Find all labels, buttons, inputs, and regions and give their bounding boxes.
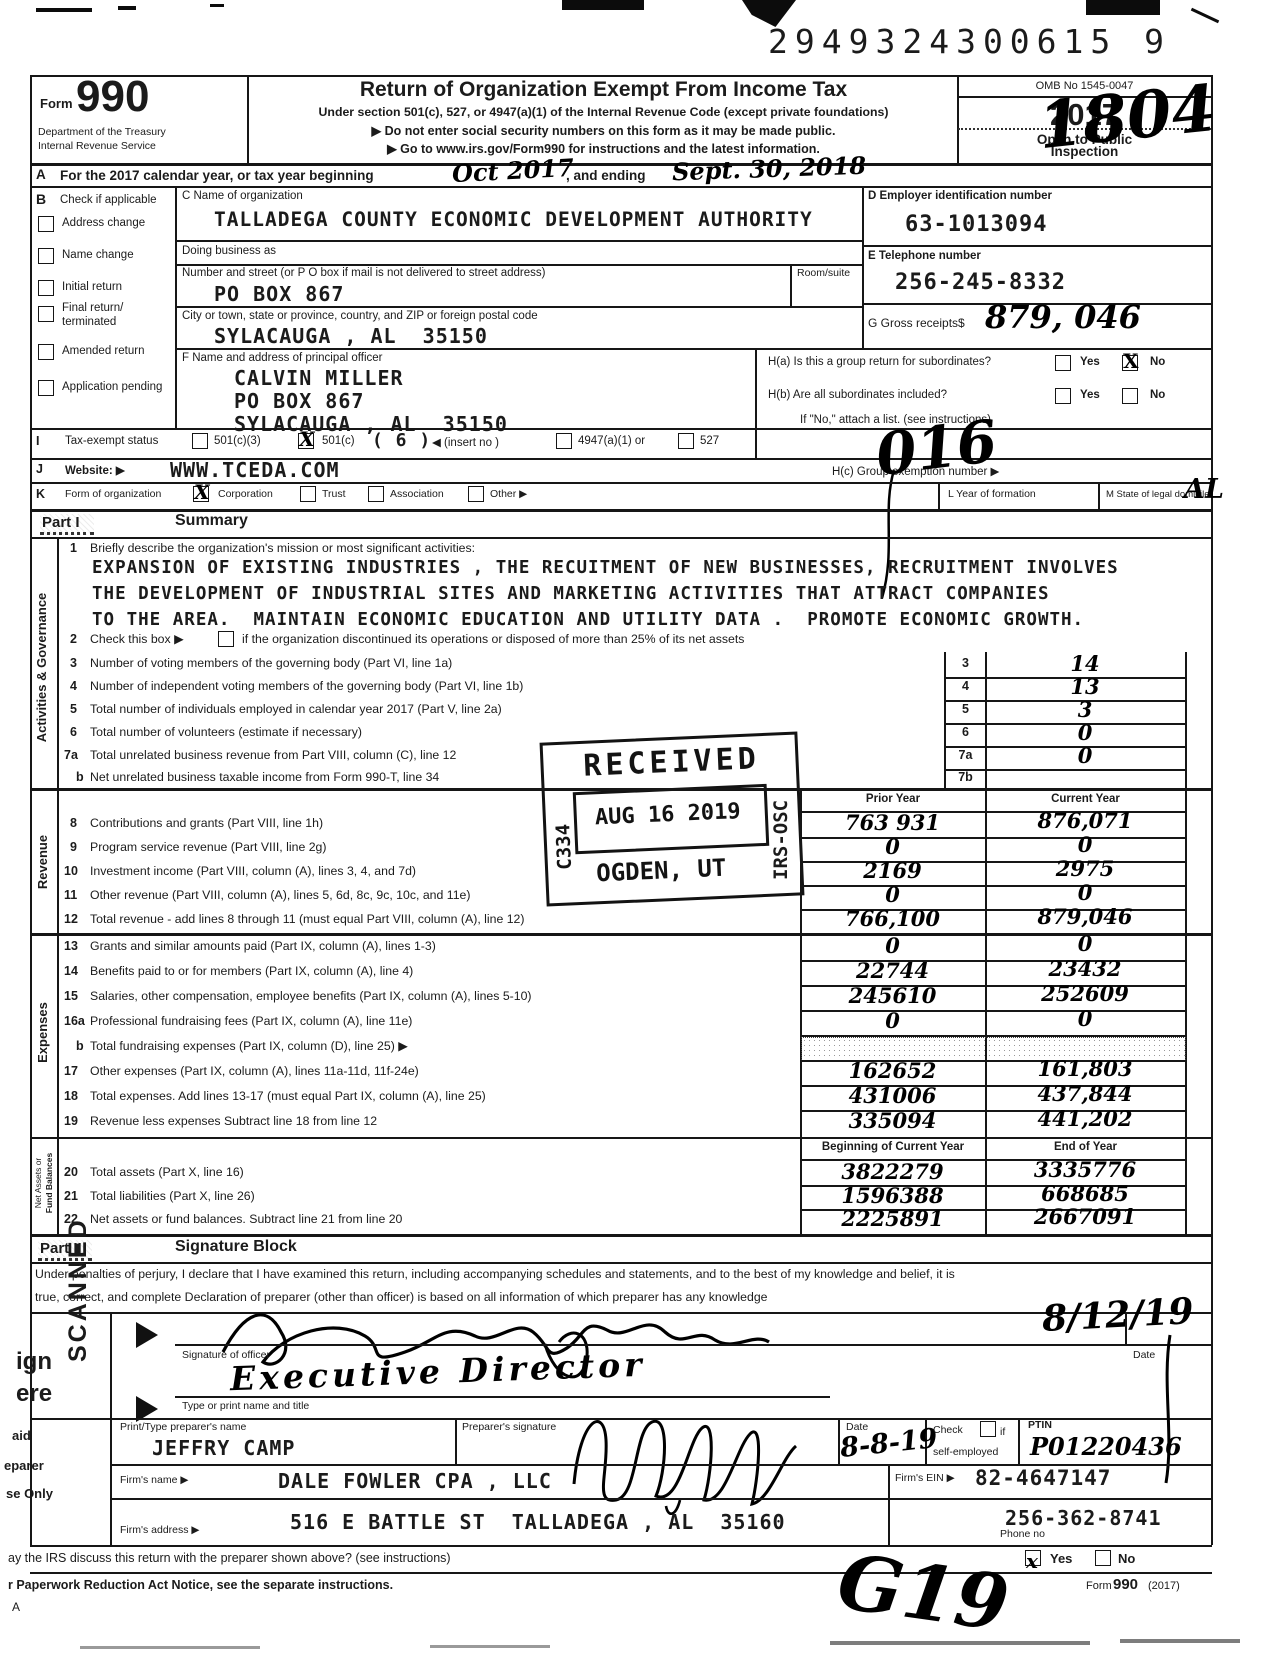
divider: [1098, 482, 1100, 509]
scan-artifact: [80, 1646, 260, 1649]
tax-year-end-entry: Sept. 30, 2018: [672, 151, 867, 187]
line11-prior: 0: [800, 882, 985, 907]
line17-current: 161,803: [986, 1056, 1184, 1081]
phone-no-label: Phone no: [1000, 1528, 1045, 1540]
form-title: Return of Organization Exempt From Incom…: [250, 78, 957, 102]
line3-value: 14: [986, 651, 1184, 676]
firm-ein-value: 82-4647147: [975, 1466, 1111, 1490]
divider: [30, 163, 1212, 166]
sign-here-label-1: ign: [16, 1348, 52, 1376]
line11-label: Other revenue (Part VIII, column (A), li…: [90, 888, 470, 902]
line9-number: 9: [70, 840, 77, 854]
divider: [1211, 75, 1213, 1545]
divider: [110, 1498, 1212, 1500]
line7b-cell: 7b: [946, 770, 985, 784]
line5-number: 5: [70, 702, 77, 716]
scan-artifact: [562, 0, 644, 10]
part1-label: Part I: [40, 514, 94, 535]
firm-address-label: Firm's address ▶: [120, 1524, 200, 1536]
firm-name-value: DALE FOWLER CPA , LLC: [278, 1469, 552, 1493]
org-name-label: C Name of organization: [182, 190, 303, 202]
phone-label: E Telephone number: [868, 250, 981, 262]
box-b-letter: B: [36, 191, 46, 207]
line1-label: Briefly describe the organization's miss…: [90, 541, 475, 555]
self-employed-checkbox[interactable]: [980, 1421, 996, 1437]
end-of-year-header: End of Year: [987, 1141, 1184, 1153]
address-change-label: Address change: [62, 217, 145, 229]
4947-checkbox[interactable]: [556, 433, 572, 449]
association-label: Association: [390, 488, 444, 500]
line2-post: if the organization discontinued its ope…: [242, 632, 744, 646]
initial-return-checkbox[interactable]: [38, 280, 54, 296]
line20-begin: 3822279: [800, 1159, 985, 1184]
line2-number: 2: [70, 632, 77, 646]
line11-number: 11: [64, 888, 77, 902]
prior-year-header: Prior Year: [801, 793, 985, 805]
line15-number: 15: [64, 989, 78, 1003]
line-a-text: For the 2017 calendar year, or tax year …: [60, 168, 374, 183]
line16a-number: 16a: [64, 1014, 85, 1028]
firm-phone-value: 256-362-8741: [1005, 1506, 1162, 1530]
divider: [175, 348, 1212, 350]
street-value: PO BOX 867: [214, 282, 344, 306]
firm-address-value: 516 E BATTLE ST TALLADEGA , AL 35160: [290, 1510, 786, 1534]
trust-checkbox[interactable]: [300, 486, 316, 502]
line18-label: Total expenses. Add lines 13-17 (must eq…: [90, 1089, 486, 1103]
firm-ein-label: Firm's EIN ▶: [895, 1472, 955, 1484]
discuss-yes-checkbox[interactable]: x: [1025, 1550, 1041, 1566]
line20-label: Total assets (Part X, line 16): [90, 1165, 244, 1179]
name-change-label: Name change: [62, 249, 134, 261]
divider: [30, 186, 1212, 188]
line16b-label: Total fundraising expenses (Part IX, col…: [90, 1039, 408, 1053]
501c3-label: 501(c)(3): [214, 435, 261, 447]
preparer-signature: [560, 1388, 810, 1523]
line4-cell: 4: [946, 679, 985, 693]
divider: [888, 1464, 890, 1545]
insert-no-note: ◀ (insert no ): [432, 435, 499, 449]
scanned-stamp: SCANNED: [64, 1202, 93, 1362]
line15-current: 252609: [986, 981, 1184, 1006]
pen-stroke: [872, 470, 902, 600]
line-k-letter: K: [36, 487, 45, 501]
ha-yes-checkbox[interactable]: [1055, 355, 1071, 371]
line8-number: 8: [70, 816, 77, 830]
line18-current: 437,844: [986, 1081, 1184, 1106]
ha-no-checkbox[interactable]: X: [1122, 355, 1138, 371]
part1-title: Summary: [175, 512, 248, 530]
hb-yes-checkbox[interactable]: [1055, 388, 1071, 404]
sidebar-revenue: Revenue: [35, 796, 50, 928]
line3-number: 3: [70, 656, 77, 670]
line14-number: 14: [64, 964, 78, 978]
line14-current: 23432: [986, 956, 1184, 981]
discuss-question: ay the IRS discuss this return with the …: [8, 1551, 451, 1565]
room-suite-label: Room/suite: [797, 267, 850, 279]
self-employed-label: self-employed: [933, 1446, 998, 1458]
527-checkbox[interactable]: [678, 433, 694, 449]
discontinued-checkbox[interactable]: [218, 631, 234, 647]
line20-number: 20: [64, 1165, 78, 1179]
line21-number: 21: [64, 1189, 78, 1203]
line7b-label: Net unrelated business taxable income fr…: [90, 770, 439, 784]
divider: [1018, 1418, 1020, 1464]
scan-artifact: [210, 4, 224, 7]
officer-date-label: Date: [1133, 1349, 1155, 1361]
form-word: Form: [40, 96, 73, 111]
divider: [862, 245, 1212, 247]
mission-line-2: THE DEVELOPMENT OF INDUSTRIAL SITES AND …: [92, 584, 1049, 604]
line6-cell: 6: [946, 725, 985, 739]
line13-number: 13: [64, 939, 78, 953]
stray-mark: A: [12, 1600, 20, 1614]
received-stamp-city: OGDEN, UT: [596, 854, 727, 888]
divider: [30, 1545, 1212, 1547]
501c-label: 501(c): [322, 435, 355, 447]
form-990-page: 2949324300615 9 Form 990 Department of t…: [0, 0, 1280, 1655]
amended-return-checkbox[interactable]: [38, 344, 54, 360]
line6-label: Total number of volunteers (estimate if …: [90, 725, 362, 739]
line19-prior: 335094: [800, 1108, 985, 1133]
scan-artifact: [1120, 1639, 1240, 1643]
part2-title: Signature Block: [175, 1238, 297, 1256]
x-mark: X: [194, 480, 210, 504]
type-or-print-label: Type or print name and title: [182, 1400, 309, 1412]
line15-prior: 245610: [800, 983, 985, 1008]
name-change-checkbox[interactable]: [38, 248, 54, 264]
scan-serial-number: 2949324300615 9: [768, 22, 1171, 61]
received-stamp-word: RECEIVED: [561, 740, 782, 785]
scan-artifact: [430, 1645, 550, 1648]
sidebar-net-assets-2: Fund Balances: [44, 1136, 54, 1230]
line6-number: 6: [70, 725, 77, 739]
footer-form-number: 990: [1113, 1576, 1138, 1593]
ptin-label: PTIN: [1028, 1419, 1052, 1431]
sidebar-net-assets-1: Net Assets or: [33, 1136, 43, 1230]
line19-label: Revenue less expenses Subtract line 18 f…: [90, 1114, 377, 1128]
line4-number: 4: [70, 679, 77, 693]
mission-line-1: EXPANSION OF EXISTING INDUSTRIES , THE R…: [92, 558, 1119, 578]
ein-label: D Employer identification number: [868, 190, 1052, 202]
form-subtitle: Under section 501(c), 527, or 4947(a)(1)…: [250, 105, 957, 119]
form-of-org-label: Form of organization: [65, 488, 161, 500]
ha-no-label: No: [1150, 356, 1165, 368]
scan-artifact: [830, 1641, 1090, 1645]
line9-current: 0: [986, 832, 1184, 857]
officer-name-value: CALVIN MILLER: [234, 366, 404, 390]
divider: [938, 482, 940, 509]
gross-receipts-value: 879, 046: [985, 298, 1141, 336]
line9-prior: 0: [800, 834, 985, 859]
divider: [862, 186, 864, 348]
line10-prior: 2169: [800, 858, 985, 883]
website-value: WWW.TCEDA.COM: [170, 458, 340, 482]
line16a-current: 0: [986, 1006, 1184, 1031]
line14-prior: 22744: [800, 958, 985, 983]
hb-no-checkbox[interactable]: [1122, 388, 1138, 404]
association-checkbox[interactable]: [368, 486, 384, 502]
line10-number: 10: [64, 864, 78, 878]
scan-artifact: [1086, 0, 1160, 15]
divider: [30, 428, 1212, 430]
line12-prior: 766,100: [800, 906, 985, 931]
preparer-label: eparer: [4, 1458, 44, 1473]
scan-artifact: [118, 6, 136, 10]
use-only-label: se Only: [6, 1486, 53, 1501]
line4-value: 13: [986, 674, 1184, 699]
divider: [30, 75, 1212, 77]
website-label: Website: ▶: [65, 463, 125, 477]
line-a-mid: , and ending: [566, 168, 646, 183]
ein-value: 63-1013094: [905, 212, 1047, 237]
preparer-name-label: Print/Type preparer's name: [120, 1421, 246, 1433]
perjury-statement-1: Under penalties of perjury, I declare th…: [35, 1267, 955, 1281]
sidebar-expenses: Expenses: [35, 940, 50, 1125]
divider: [30, 1137, 1212, 1139]
hb-no-label: No: [1150, 389, 1165, 401]
line4-label: Number of independent voting members of …: [90, 679, 523, 693]
received-stamp: RECEIVED AUG 16 2019 C334 OGDEN, UT: [540, 731, 805, 906]
line7a-number: 7a: [64, 748, 78, 762]
mission-line-3: TO THE AREA. MAINTAIN ECONOMIC EDUCATION…: [92, 610, 1084, 630]
domicile-value: AL: [1184, 474, 1224, 505]
line13-label: Grants and similar amounts paid (Part IX…: [90, 939, 436, 953]
divider: [110, 1312, 112, 1545]
line-j-letter: J: [36, 462, 43, 476]
gross-receipts-label: G Gross receipts$: [868, 316, 965, 330]
officer-street-value: PO BOX 867: [234, 389, 364, 413]
divider: [1125, 1312, 1127, 1344]
line-a-letter: A: [36, 167, 46, 182]
divider: [30, 1572, 1212, 1574]
divider: [175, 240, 862, 242]
check-label: Check: [933, 1424, 963, 1436]
line7a-cell: 7a: [946, 748, 985, 762]
divider: [790, 264, 792, 306]
scan-artifact: [36, 8, 92, 12]
final-return-label: Final return/: [62, 302, 123, 314]
line13-prior: 0: [800, 933, 985, 958]
line11-current: 0: [986, 880, 1184, 905]
line10-current: 2975: [986, 856, 1184, 881]
final-return-label-2: terminated: [62, 316, 116, 328]
preparer-signature-label: Preparer's signature: [462, 1421, 556, 1433]
line14-label: Benefits paid to or for members (Part IX…: [90, 964, 413, 978]
line12-number: 12: [64, 912, 78, 926]
x-mark: X: [299, 427, 315, 451]
line6-value: 0: [986, 720, 1184, 745]
divider: [1185, 652, 1187, 1234]
check-if-label: if: [1000, 1426, 1005, 1438]
divider: [247, 75, 249, 163]
line16a-label: Professional fundraising fees (Part IX, …: [90, 1014, 412, 1028]
line19-current: 441,202: [986, 1106, 1184, 1131]
amended-return-label: Amended return: [62, 345, 144, 357]
received-stamp-code-right: IRS-OSC: [770, 800, 792, 880]
form-number: 990: [76, 72, 149, 122]
line18-number: 18: [64, 1089, 78, 1103]
line13-current: 0: [986, 931, 1184, 956]
line9-label: Program service revenue (Part VIII, line…: [90, 840, 326, 854]
divider: [755, 428, 757, 458]
footer-form-word: Form: [1086, 1580, 1112, 1592]
line18-prior: 431006: [800, 1083, 985, 1108]
line19-number: 19: [64, 1114, 78, 1128]
other-checkbox[interactable]: [468, 486, 484, 502]
line21-label: Total liabilities (Part X, line 26): [90, 1189, 255, 1203]
scan-artifact: [1191, 8, 1219, 23]
line7b-number: b: [76, 770, 84, 784]
line21-end: 668685: [986, 1181, 1184, 1206]
line7a-value: 0: [986, 743, 1184, 768]
ptin-value: P01220436: [1030, 1432, 1182, 1461]
city-value: SYLACAUGA , AL 35150: [214, 324, 488, 348]
divider: [30, 537, 1212, 539]
dept-line-1: Department of the Treasury: [38, 126, 166, 138]
line22-end: 2667091: [986, 1204, 1184, 1229]
street-label: Number and street (or P O box if mail is…: [182, 267, 545, 279]
501c-checkbox[interactable]: X: [298, 433, 314, 449]
corporation-label: Corporation: [218, 488, 273, 500]
initial-return-label: Initial return: [62, 281, 122, 293]
footer-form-year: (2017): [1148, 1580, 1180, 1592]
discuss-no-label: No: [1118, 1551, 1135, 1566]
line10-label: Investment income (Part VIII, column (A)…: [90, 864, 416, 878]
divider: [175, 264, 862, 266]
divider: [57, 537, 59, 1234]
corporation-checkbox[interactable]: X: [193, 486, 209, 502]
received-stamp-code-left: C334: [552, 824, 576, 871]
line1-number: 1: [70, 541, 77, 555]
x-mark: x: [1026, 1549, 1038, 1573]
line8-current: 876,071: [986, 808, 1184, 833]
527-label: 527: [700, 435, 719, 447]
divider: [30, 75, 32, 1545]
line-i-letter: I: [36, 434, 39, 448]
line12-label: Total revenue - add lines 8 through 11 (…: [90, 912, 525, 926]
arrow-icon: [136, 1322, 158, 1348]
line22-label: Net assets or fund balances. Subtract li…: [90, 1212, 402, 1226]
discuss-no-checkbox[interactable]: [1095, 1550, 1111, 1566]
application-pending-checkbox[interactable]: [38, 380, 54, 396]
officer-city-value: SYLACAUGA , AL 35150: [234, 412, 508, 436]
other-label: Other ▶: [490, 488, 527, 500]
handwritten-g19: G19: [833, 1537, 1014, 1649]
501c-insert-number: ( 6 ): [372, 430, 431, 451]
line16b-number: b: [76, 1039, 84, 1053]
line22-begin: 2225891: [800, 1206, 985, 1231]
address-change-checkbox[interactable]: [38, 216, 54, 232]
line5-label: Total number of individuals employed in …: [90, 702, 502, 716]
line3-cell: 3: [946, 656, 985, 670]
trust-label: Trust: [322, 488, 346, 500]
line2-pre: Check this box ▶: [90, 632, 184, 646]
hb-label: H(b) Are all subordinates included?: [768, 389, 947, 401]
ha-yes-label: Yes: [1080, 356, 1100, 368]
line5-value: 3: [986, 697, 1184, 722]
firm-name-label: Firm's name ▶: [120, 1474, 188, 1486]
application-pending-label: Application pending: [62, 381, 162, 393]
divider: [175, 306, 862, 308]
4947-label: 4947(a)(1) or: [578, 435, 645, 447]
hb-yes-label: Yes: [1080, 389, 1100, 401]
sign-here-label-2: ere: [16, 1380, 52, 1408]
phone-value: 256-245-8332: [895, 270, 1066, 295]
divider: [175, 1344, 1212, 1346]
city-label: City or town, state or province, country…: [182, 310, 538, 322]
sidebar-activities-governance: Activities & Governance: [34, 545, 49, 790]
line17-label: Other expenses (Part IX, column (A), lin…: [90, 1064, 419, 1078]
tax-year-begin-entry: Oct 2017: [451, 153, 574, 188]
discuss-yes-label: Yes: [1050, 1551, 1072, 1566]
dba-label: Doing business as: [182, 245, 276, 257]
pen-stroke: [1160, 1335, 1176, 1485]
paperwork-notice: r Paperwork Reduction Act Notice, see th…: [8, 1578, 393, 1592]
line17-prior: 162652: [800, 1058, 985, 1083]
line8-label: Contributions and grants (Part VIII, lin…: [90, 816, 323, 830]
principal-officer-label: F Name and address of principal officer: [182, 352, 383, 364]
line20-end: 3335776: [986, 1157, 1184, 1182]
dept-line-2: Internal Revenue Service: [38, 140, 156, 152]
line5-cell: 5: [946, 702, 985, 716]
org-name-value: TALLADEGA COUNTY ECONOMIC DEVELOPMENT AU…: [214, 208, 813, 231]
501c3-checkbox[interactable]: [192, 433, 208, 449]
line21-begin: 1596388: [800, 1183, 985, 1208]
officer-date-value: 8/12/19: [1041, 1290, 1195, 1340]
line17-number: 17: [64, 1064, 78, 1078]
line8-prior: 763 931: [800, 810, 985, 835]
divider: [30, 1234, 1212, 1237]
beginning-of-year-header: Beginning of Current Year: [801, 1141, 985, 1153]
ha-label: H(a) Is this a group return for subordin…: [768, 356, 991, 368]
line16a-prior: 0: [800, 1008, 985, 1033]
divider: [30, 788, 1212, 791]
divider: [455, 1418, 457, 1464]
form-bullet-1: ▶ Do not enter social security numbers o…: [250, 123, 957, 138]
divider: [30, 1262, 1212, 1264]
line15-label: Salaries, other compensation, employee b…: [90, 989, 532, 1003]
box-b-title: Check if applicable: [60, 194, 157, 206]
divider: [755, 348, 757, 428]
year-of-formation-label: L Year of formation: [948, 488, 1036, 500]
current-year-header: Current Year: [987, 793, 1184, 805]
line3-label: Number of voting members of the governin…: [90, 656, 452, 670]
tax-exempt-status-label: Tax-exempt status: [65, 435, 158, 447]
paid-label: aid: [12, 1428, 31, 1443]
line12-current: 879,046: [986, 904, 1184, 929]
preparer-name-value: JEFFRY CAMP: [152, 1436, 295, 1460]
final-return-checkbox[interactable]: [38, 306, 54, 322]
divider: [944, 652, 946, 788]
line7a-label: Total unrelated business revenue from Pa…: [90, 748, 456, 762]
x-mark: X: [1123, 349, 1139, 373]
